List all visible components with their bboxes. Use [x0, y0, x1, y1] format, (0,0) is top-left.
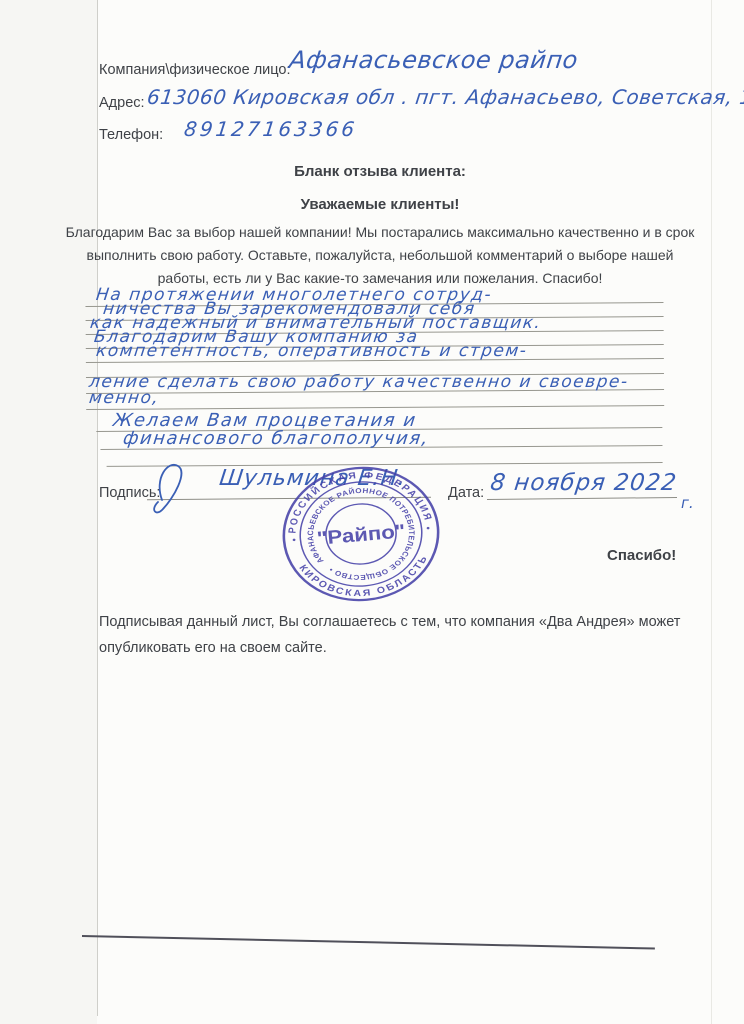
- signature-flourish: [148, 458, 216, 516]
- company-round-stamp: АФАНАСЬЕВСКОЕ РАЙОННОЕ ПОТРЕБИТЕЛЬСКОЕ О…: [276, 464, 446, 604]
- date-label: Дата:: [448, 485, 484, 501]
- agreement-paragraph: Подписывая данный лист, Вы соглашаетесь …: [99, 609, 691, 661]
- review-handwritten-line: финансового благополучия,: [122, 430, 430, 448]
- review-handwritten-line: компетентность, оперативность и стрем-: [95, 343, 528, 360]
- scanned-document: Компания\физическое лицо: Афанасьевское …: [0, 0, 744, 1024]
- thanks-text: Спасибо!: [607, 547, 676, 564]
- review-handwritten-line: ление сделать свою работу качественно и …: [88, 374, 630, 391]
- date-suffix-handwritten: г.: [681, 494, 694, 512]
- date-value-handwritten: 8 ноября 2022: [489, 472, 678, 495]
- review-handwritten-line: менно,: [88, 390, 160, 407]
- stamp-left-dot: •: [292, 535, 297, 545]
- stamp-right-dot: •: [426, 524, 431, 534]
